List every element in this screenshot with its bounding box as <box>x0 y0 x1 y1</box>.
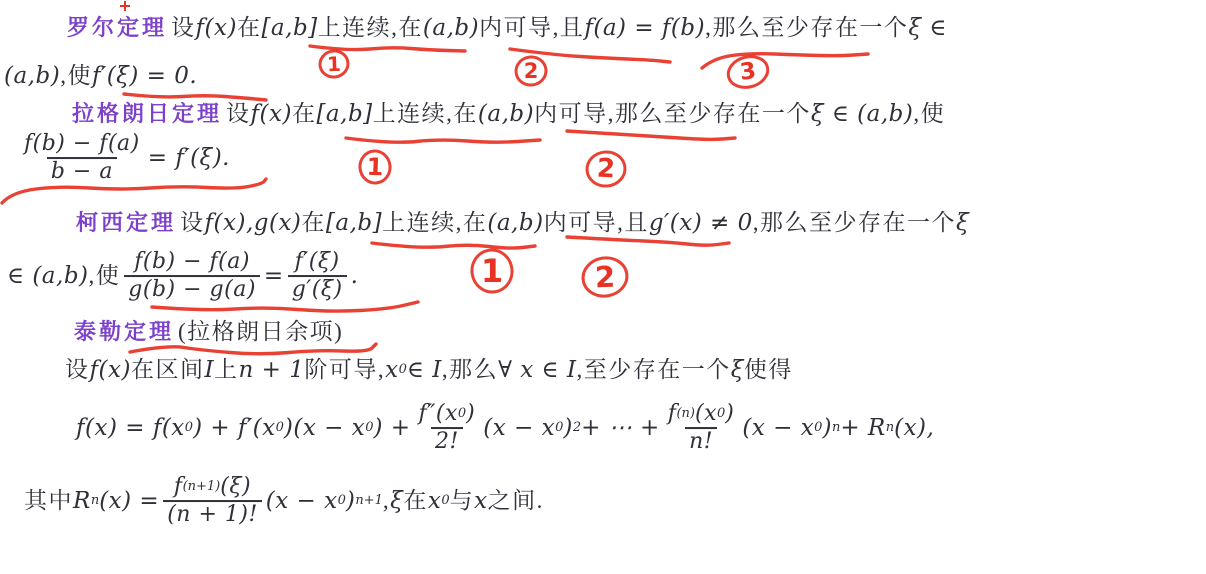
math-segment: (a,b) <box>4 62 60 91</box>
math-segment: f′(ξ) <box>295 249 340 275</box>
math-segment: b − a <box>51 159 113 185</box>
text-segment: 上连续,在 <box>382 209 487 238</box>
fraction-denominator: g′(ξ) <box>288 275 347 303</box>
text-line: 柯西定理 设 f(x),g(x) 在[a,b] 上连续,在(a,b) 内可导,且… <box>76 209 969 238</box>
fraction-denominator: (n + 1)! <box>163 500 262 528</box>
text-line: f(b) − f(a)b − a = f′(ξ). <box>16 131 230 185</box>
rolle-mark-3: 3 <box>725 52 771 91</box>
circled-number-label: 1 <box>327 52 342 76</box>
text-segment: 上连续,在 <box>318 14 423 43</box>
lagrange-continuity-underline <box>346 138 540 142</box>
cauchy-continuity-underline <box>372 243 535 248</box>
text-segment: 在 <box>292 100 317 129</box>
text-line: 设 f(x) 在区间 I 上 n + 1 阶可导,x0 ∈ I,那么 ∀ x ∈… <box>65 356 793 385</box>
math-segment: = <box>264 262 284 291</box>
text-segment: 之间. <box>488 487 544 516</box>
rolle-continuity-underline <box>310 46 465 51</box>
math-segment: ∈ (a,b) <box>7 262 89 291</box>
text-segment: 内可导,且 <box>479 14 584 43</box>
math-segment: (x − x <box>742 414 814 443</box>
scanned-textbook-page: 罗尔定理 设 f(x) 在[a,b] 上连续,在(a,b) 内可导,且 f(a)… <box>0 0 1206 574</box>
math-segment: (x) = <box>99 487 159 516</box>
text-line: (a,b),使 f′(ξ) = 0. <box>4 62 197 91</box>
text-segment: 上连续,在 <box>373 100 478 129</box>
fraction-numerator: f′(ξ) <box>291 249 344 275</box>
circle-outline <box>469 247 514 294</box>
math-segment: (a,b) <box>478 100 534 129</box>
math-segment: f′(ξ) = 0. <box>92 62 197 91</box>
text-segment: 2 <box>573 420 581 436</box>
circled-number-label: 1 <box>366 153 384 182</box>
math-segment: f(x) = f(x <box>76 414 185 443</box>
text-segment: 在 <box>403 487 428 516</box>
theorem-title: 泰勒定理 <box>74 319 174 347</box>
cauchy-derivable-underline <box>567 237 729 245</box>
math-segment: (a,b) <box>423 14 479 43</box>
circled-number-label: 2 <box>596 154 616 185</box>
text-line: f(x) = f(x0) + f′(x0)(x − x0) + f″(x0)2!… <box>76 401 934 455</box>
text-segment: 内可导,那么至少存在一个 <box>534 100 811 129</box>
text-line: 拉格朗日定理 设 f(x) 在[a,b] 上连续,在(a,b) 内可导,那么至少… <box>72 100 945 129</box>
text-segment: ,使 <box>89 262 121 291</box>
math-segment: (x − x <box>266 487 338 516</box>
math-segment: ) <box>466 401 475 427</box>
text-segment: 设 <box>171 14 196 43</box>
fraction-denominator: 2! <box>431 427 463 455</box>
math-segment: ) <box>822 414 831 443</box>
fraction: f′(ξ)g′(ξ) <box>288 249 347 303</box>
math-segment: = f′(ξ). <box>148 144 230 173</box>
math-segment: (a,b) <box>487 209 543 238</box>
fraction: f(n)(x0)n! <box>664 401 739 455</box>
math-segment: ∈ I <box>407 356 442 385</box>
text-segment: 其中 <box>24 487 73 516</box>
text-segment: 0 <box>399 362 407 378</box>
fraction-numerator: f(b) − f(a) <box>20 131 144 157</box>
circled-number-label: 1 <box>481 252 503 290</box>
circle-outline <box>586 150 627 187</box>
circle-outline <box>580 254 630 299</box>
math-segment: f(x) <box>90 356 131 385</box>
text-segment: n <box>91 493 99 509</box>
fraction: f″(x0)2! <box>415 401 480 455</box>
math-segment: + R <box>840 414 885 443</box>
text-segment: ,那么至少存在一个 <box>705 14 908 43</box>
math-segment: (x − x <box>483 414 555 443</box>
fraction-numerator: f(n)(x0) <box>664 401 739 427</box>
math-segment: [a,b] <box>326 209 382 238</box>
fraction: f(b) − f(a)g(b) − g(a) <box>124 249 260 303</box>
math-segment: (x <box>695 401 717 427</box>
math-segment: R <box>73 487 91 516</box>
lagrange-mark-2: 2 <box>586 150 627 187</box>
text-segment: 在 <box>237 14 262 43</box>
text-segment: (拉格朗日余项) <box>178 318 343 347</box>
fraction-numerator: f(n+1)(ξ) <box>170 474 255 500</box>
math-segment: f <box>668 401 677 427</box>
text-segment: 0 <box>458 406 466 421</box>
rolle-mark-1: 1 <box>318 49 350 79</box>
text-segment: 上 <box>214 356 239 385</box>
text-segment: 在 <box>301 209 326 238</box>
text-segment: 0 <box>441 493 449 509</box>
text-segment: ,那么至少存在一个 <box>753 209 956 238</box>
math-segment: (x), <box>894 414 934 443</box>
math-segment: 2! <box>435 429 459 455</box>
math-segment: g(b) − g(a) <box>128 277 256 303</box>
rolle-fa-fb-underline <box>702 54 868 68</box>
math-segment: f(x) <box>251 100 292 129</box>
text-segment: 在区间 <box>131 356 205 385</box>
circled-number-label: 2 <box>524 59 539 83</box>
math-segment: n! <box>689 429 713 455</box>
fraction-numerator: f″(x0) <box>415 401 480 427</box>
fraction: f(n+1)(ξ)(n + 1)! <box>163 474 262 528</box>
cauchy-formula-underline <box>152 302 418 311</box>
math-segment: f(x),g(x) <box>205 209 302 238</box>
fraction-denominator: b − a <box>47 157 117 185</box>
math-segment: ) + f′(x <box>193 414 276 443</box>
math-segment: x <box>474 487 487 516</box>
math-segment: f(a) = f(b) <box>584 14 705 43</box>
text-segment: 0 <box>185 420 193 436</box>
math-segment: ∀ x ∈ I <box>498 356 576 385</box>
fraction-denominator: n! <box>685 427 717 455</box>
text-segment: n <box>832 420 840 436</box>
fraction-numerator: f(b) − f(a) <box>130 249 254 275</box>
lagrange-derivable-underline <box>567 131 735 139</box>
text-segment: 0 <box>276 420 284 436</box>
math-segment: + ⋯ + <box>581 414 660 443</box>
circle-outline <box>514 55 548 87</box>
text-segment: 内可导,且 <box>544 209 649 238</box>
text-segment: 阶可导, <box>304 356 385 385</box>
math-segment: g′(ξ) <box>292 277 343 303</box>
text-segment: ,使 <box>60 62 92 91</box>
math-segment: [a,b] <box>261 14 317 43</box>
text-segment: 设 <box>226 100 251 129</box>
text-segment: 设 <box>180 209 205 238</box>
text-segment: (n) <box>676 406 695 421</box>
math-segment: x <box>428 487 441 516</box>
math-segment: ) <box>563 414 572 443</box>
math-segment: f″(x <box>419 401 458 427</box>
text-segment: 0 <box>338 493 346 509</box>
math-segment: (ξ) <box>220 474 251 500</box>
lagrange-mark-1: 1 <box>358 150 391 185</box>
math-segment: ξ <box>390 487 403 516</box>
circled-number-label: 2 <box>594 260 615 295</box>
rolle-mark-2: 2 <box>514 55 548 87</box>
math-segment: ξ <box>956 209 969 238</box>
theorem-title: 罗尔定理 <box>67 15 167 43</box>
math-segment: x <box>385 356 398 385</box>
text-segment: 设 <box>65 356 90 385</box>
text-segment: 与 <box>450 487 475 516</box>
text-segment: ,至少存在一个 <box>576 356 730 385</box>
text-segment: (n+1) <box>183 479 221 494</box>
text-line: 其中 Rn(x) = f(n+1)(ξ)(n + 1)!(x − x0)n+1,… <box>24 474 544 528</box>
math-segment: . <box>351 262 359 291</box>
math-segment: ) <box>725 401 734 427</box>
math-segment: I <box>204 356 214 385</box>
math-segment: f(b) − f(a) <box>134 249 250 275</box>
fraction-denominator: g(b) − g(a) <box>124 275 260 303</box>
text-line: ∈ (a,b),使f(b) − f(a)g(b) − g(a) = f′(ξ)g… <box>7 249 358 303</box>
math-segment: ξ <box>731 356 744 385</box>
text-segment: ,使 <box>913 100 945 129</box>
theorem-title: 柯西定理 <box>76 210 176 238</box>
math-segment: )(x − x <box>284 414 365 443</box>
math-segment: (n + 1)! <box>167 502 258 528</box>
rolle-derivable-underline <box>510 49 670 62</box>
math-segment: ξ ∈ (a,b) <box>811 100 914 129</box>
circle-outline <box>358 150 391 185</box>
text-segment: n <box>886 420 894 436</box>
math-segment: ξ ∈ <box>908 14 947 43</box>
circled-number-label: 3 <box>738 58 757 86</box>
text-segment: ,那么 <box>442 356 498 385</box>
text-segment: 使得 <box>744 356 793 385</box>
math-segment: ) <box>346 487 355 516</box>
circle-outline <box>318 49 350 79</box>
math-segment: f <box>174 474 183 500</box>
text-line: 泰勒定理(拉格朗日余项) <box>74 318 343 347</box>
text-segment: , <box>383 487 390 516</box>
math-segment: f(x) <box>196 14 237 43</box>
math-segment: f(b) − f(a) <box>24 131 140 157</box>
math-segment: ) + <box>373 414 410 443</box>
theorem-title: 拉格朗日定理 <box>72 101 222 129</box>
fraction: f(b) − f(a)b − a <box>20 131 144 185</box>
text-segment: n+1 <box>355 493 383 509</box>
cauchy-mark-1: 1 <box>469 247 514 294</box>
cauchy-mark-2: 2 <box>580 254 630 299</box>
plus-mark <box>120 1 130 11</box>
text-line: 罗尔定理 设 f(x) 在[a,b] 上连续,在(a,b) 内可导,且 f(a)… <box>67 14 947 43</box>
circle-outline <box>725 52 771 91</box>
math-segment: g′(x) ≠ 0 <box>649 209 753 238</box>
math-segment: [a,b] <box>316 100 372 129</box>
math-segment: n + 1 <box>239 356 305 385</box>
